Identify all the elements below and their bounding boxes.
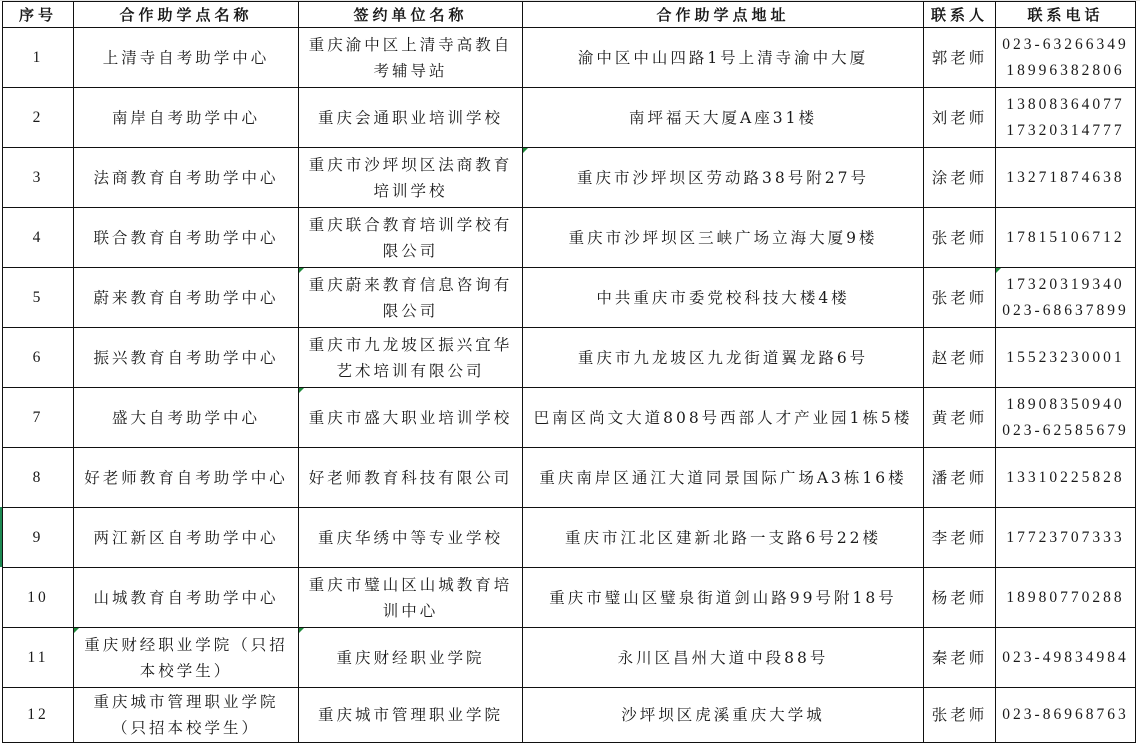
cell-index[interactable]: 12 [3,688,74,743]
table-row: 8 好老师教育自考助学中心 好老师教育科技有限公司 重庆南岸区通江大道同景国际广… [3,448,1136,508]
cell-address[interactable]: 中共重庆市委党校科技大楼4楼 [523,268,924,328]
table-row: 11 重庆财经职业学院（只招本校学生） 重庆财经职业学院 永川区昌州大道中段88… [3,628,1136,688]
cell-phone[interactable]: 17320319340023-68637899 [996,268,1136,328]
cell-contract-unit[interactable]: 好老师教育科技有限公司 [299,448,523,508]
cell-index[interactable]: 8 [3,448,74,508]
table-row: 12 重庆城市管理职业学院（只招本校学生） 重庆城市管理职业学院 沙坪坝区虎溪重… [3,688,1136,743]
cell-index[interactable]: 6 [3,328,74,388]
cell-contact[interactable]: 杨老师 [924,568,996,628]
comment-marker-icon[interactable] [996,268,1001,273]
table-row: 5 蔚来教育自考助学中心 重庆蔚来教育信息咨询有限公司 中共重庆市委党校科技大楼… [3,268,1136,328]
comment-marker-icon[interactable] [299,388,304,393]
cell-index[interactable]: 4 [3,208,74,268]
cell-address[interactable]: 重庆南岸区通江大道同景国际广场A3栋16楼 [523,448,924,508]
table-row: 2 南岸自考助学中心 重庆会通职业培训学校 南坪福天大厦A座31楼 刘老师 13… [3,88,1136,148]
cell-contract-unit[interactable]: 重庆市九龙坡区振兴宜华艺术培训有限公司 [299,328,523,388]
cell-contact[interactable]: 张老师 [924,208,996,268]
phone-line: 023-68637899 [1000,298,1131,324]
cell-contact[interactable]: 刘老师 [924,88,996,148]
cell-phone[interactable]: 18908350940023-62585679 [996,388,1136,448]
phone-line: 17723707333 [1000,525,1131,551]
cell-contact[interactable]: 潘老师 [924,448,996,508]
phone-line: 023-62585679 [1000,418,1131,444]
cell-index[interactable]: 3 [3,148,74,208]
cell-address[interactable]: 重庆市璧山区璧泉街道剑山路99号附18号 [523,568,924,628]
table-row: 6 振兴教育自考助学中心 重庆市九龙坡区振兴宜华艺术培训有限公司 重庆市九龙坡区… [3,328,1136,388]
cell-center-name[interactable]: 重庆财经职业学院（只招本校学生） [74,628,299,688]
cell-index[interactable]: 2 [3,88,74,148]
phone-line: 17320314777 [1000,118,1131,144]
cell-index[interactable]: 5 [3,268,74,328]
cell-center-name[interactable]: 南岸自考助学中心 [74,88,299,148]
phone-line: 13271874638 [1000,165,1131,191]
table-row: 4 联合教育自考助学中心 重庆联合教育培训学校有限公司 重庆市沙坪坝区三峡广场立… [3,208,1136,268]
cell-phone[interactable]: 17723707333 [996,508,1136,568]
cell-index[interactable]: 10 [3,568,74,628]
table-row: 3 法商教育自考助学中心 重庆市沙坪坝区法商教育培训学校 重庆市沙坪坝区劳动路3… [3,148,1136,208]
cell-contact[interactable]: 黄老师 [924,388,996,448]
phone-line: 18980770288 [1000,585,1131,611]
cell-phone[interactable]: 023-49834984 [996,628,1136,688]
phone-line: 15523230001 [1000,345,1131,371]
cell-contract-unit[interactable]: 重庆联合教育培训学校有限公司 [299,208,523,268]
cell-center-name[interactable]: 振兴教育自考助学中心 [74,328,299,388]
header-center-name[interactable]: 合作助学点名称 [74,2,299,28]
phone-line: 023-63266349 [1000,32,1131,58]
cell-phone[interactable]: 023-86968763 [996,688,1136,743]
cell-address[interactable]: 沙坪坝区虎溪重庆大学城 [523,688,924,743]
cell-phone[interactable]: 18980770288 [996,568,1136,628]
cell-index[interactable]: 7 [3,388,74,448]
cell-center-name[interactable]: 山城教育自考助学中心 [74,568,299,628]
phone-line: 13808364077 [1000,92,1131,118]
cell-contact[interactable]: 张老师 [924,688,996,743]
cell-address[interactable]: 南坪福天大厦A座31楼 [523,88,924,148]
cell-contract-unit[interactable]: 重庆财经职业学院 [299,628,523,688]
cell-center-name[interactable]: 联合教育自考助学中心 [74,208,299,268]
cell-address[interactable]: 重庆市江北区建新北路一支路6号22楼 [523,508,924,568]
cell-contact[interactable]: 李老师 [924,508,996,568]
phone-line: 17815106712 [1000,225,1131,251]
cell-phone[interactable]: 13310225828 [996,448,1136,508]
cell-address[interactable]: 渝中区中山四路1号上清寺渝中大厦 [523,28,924,88]
header-index[interactable]: 序号 [3,2,74,28]
table-row: 1 上清寺自考助学中心 重庆渝中区上清寺高教自考辅导站 渝中区中山四路1号上清寺… [3,28,1136,88]
cell-contact[interactable]: 涂老师 [924,148,996,208]
cell-center-name[interactable]: 盛大自考助学中心 [74,388,299,448]
phone-line: 17320319340 [1000,272,1131,298]
cell-address[interactable]: 重庆市沙坪坝区劳动路38号附27号 [523,148,924,208]
comment-marker-icon[interactable] [299,628,304,633]
phone-line: 023-86968763 [1000,702,1131,728]
header-row: 序号 合作助学点名称 签约单位名称 合作助学点地址 联系人 联系电话 [3,2,1136,28]
comment-marker-icon[interactable] [74,628,79,633]
table-row: 10 山城教育自考助学中心 重庆市璧山区山城教育培训中心 重庆市璧山区璧泉街道剑… [3,568,1136,628]
cell-center-name[interactable]: 好老师教育自考助学中心 [74,448,299,508]
header-phone[interactable]: 联系电话 [996,2,1136,28]
comment-marker-icon[interactable] [523,148,528,153]
table-row: 9 两江新区自考助学中心 重庆华绣中等专业学校 重庆市江北区建新北路一支路6号2… [3,508,1136,568]
comment-marker-icon[interactable] [299,268,304,273]
cell-index[interactable]: 11 [3,628,74,688]
cell-contract-unit[interactable]: 重庆华绣中等专业学校 [299,508,523,568]
cell-contract-unit[interactable]: 重庆城市管理职业学院 [299,688,523,743]
cell-contact[interactable]: 秦老师 [924,628,996,688]
cell-center-name[interactable]: 蔚来教育自考助学中心 [74,268,299,328]
table-row: 7 盛大自考助学中心 重庆市盛大职业培训学校 巴南区尚文大道808号西部人才产业… [3,388,1136,448]
cell-contact[interactable]: 郭老师 [924,28,996,88]
cell-contact[interactable]: 赵老师 [924,328,996,388]
cell-contract-unit[interactable]: 重庆会通职业培训学校 [299,88,523,148]
cell-phone[interactable]: 023-6326634918996382806 [996,28,1136,88]
partner-study-centers-table: 序号 合作助学点名称 签约单位名称 合作助学点地址 联系人 联系电话 1 上清寺… [2,1,1136,743]
cell-contract-unit[interactable]: 重庆市沙坪坝区法商教育培训学校 [299,148,523,208]
cell-center-name[interactable]: 上清寺自考助学中心 [74,28,299,88]
cell-contract-unit[interactable]: 重庆市璧山区山城教育培训中心 [299,568,523,628]
cell-phone[interactable]: 17815106712 [996,208,1136,268]
cell-phone[interactable]: 13271874638 [996,148,1136,208]
cell-contact[interactable]: 张老师 [924,268,996,328]
cell-address[interactable]: 永川区昌州大道中段88号 [523,628,924,688]
cell-center-name[interactable]: 两江新区自考助学中心 [74,508,299,568]
cell-contract-unit[interactable]: 重庆蔚来教育信息咨询有限公司 [299,268,523,328]
cell-contract-unit[interactable]: 重庆渝中区上清寺高教自考辅导站 [299,28,523,88]
header-address[interactable]: 合作助学点地址 [523,2,924,28]
phone-line: 023-49834984 [1000,645,1131,671]
cell-index[interactable]: 1 [3,28,74,88]
header-contract-unit[interactable]: 签约单位名称 [299,2,523,28]
cell-phone[interactable]: 15523230001 [996,328,1136,388]
phone-line: 18908350940 [1000,392,1131,418]
cell-address[interactable]: 巴南区尚文大道808号西部人才产业园1栋5楼 [523,388,924,448]
cell-phone[interactable]: 1380836407717320314777 [996,88,1136,148]
phone-line: 13310225828 [1000,465,1131,491]
cell-address[interactable]: 重庆市九龙坡区九龙街道翼龙路6号 [523,328,924,388]
cell-index[interactable]: 9 [3,508,74,568]
cell-center-name[interactable]: 重庆城市管理职业学院（只招本校学生） [74,688,299,743]
cell-center-name[interactable]: 法商教育自考助学中心 [74,148,299,208]
phone-line: 18996382806 [1000,58,1131,84]
cell-contract-unit[interactable]: 重庆市盛大职业培训学校 [299,388,523,448]
cell-address[interactable]: 重庆市沙坪坝区三峡广场立海大厦9楼 [523,208,924,268]
header-contact[interactable]: 联系人 [924,2,996,28]
